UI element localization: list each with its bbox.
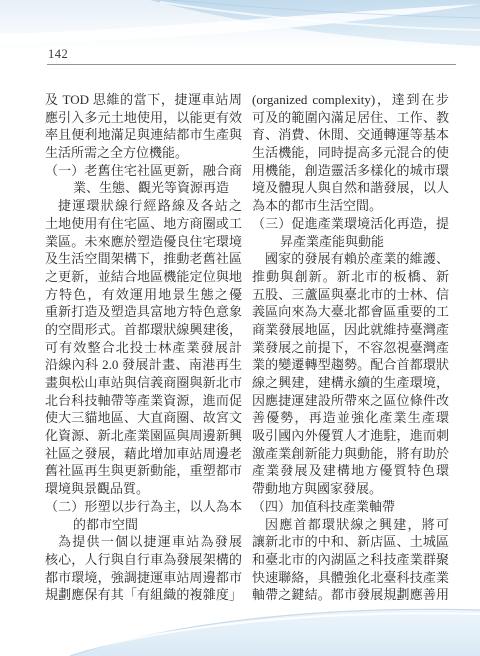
text-line: 的都市空間 — [45, 516, 242, 534]
page-number: 142 — [48, 47, 68, 62]
text-line: 因應捷運建設所帶來之區位條件改 — [252, 392, 449, 410]
text-line: 社區之發展，藉此增加車站周邊老 — [45, 445, 242, 463]
text-line: 業、生態、觀光等資源再造 — [45, 179, 242, 197]
text-line: 使大三貓地區、大直商圈、故宮文 — [45, 409, 242, 427]
right-column: (organized complexity)，達到在步行可及的範圍內滿足居住、工… — [252, 91, 449, 604]
text-line: 讓新北市的中和、新店區、土城區 — [252, 533, 449, 551]
text-line: (organized complexity)，達到在步行 — [252, 91, 449, 109]
text-line: 規劃應保有其「有組織的複雜度」 — [45, 586, 242, 604]
text-line: 重新打造及塑造具富地方特色意象 — [45, 303, 242, 321]
text-line: 線之興建，建構永續的生產環境， — [252, 374, 449, 392]
text-line: 為提供一個以捷運車站為發展 — [45, 533, 242, 551]
text-line: 軸帶之鍵結。都市發展規劃應善用 — [252, 586, 449, 604]
text-line: 育、消費、休閒、交通轉運等基本 — [252, 126, 449, 144]
text-line: 率且便利地滿足與連結都市生產與 — [45, 126, 242, 144]
text-line: 業區。未來應於塑造優良住宅環境 — [45, 233, 242, 251]
text-line: 捷運環狀線行經路線及各站之 — [45, 197, 242, 215]
text-line: 環境與景觀品質。 — [45, 480, 242, 498]
text-line: （三）促進產業環境活化再造，提 — [252, 215, 449, 233]
text-line: （四）加值科技產業軸帶 — [252, 498, 449, 516]
text-line: 因應首都環狀線之興建，將可 — [252, 516, 449, 534]
text-line: 方特色，有效運用地景生態之優勢， — [45, 286, 242, 304]
text-line: （二）形塑以步行為主，以人為本 — [45, 498, 242, 516]
text-line: 帶動地方與國家發展。 — [252, 480, 449, 498]
text-line: 沿線內科 2.0 發展計畫、南港再生計 — [45, 356, 242, 374]
text-line: 可有效整合北投士林產業發展計畫、 — [45, 339, 242, 357]
text-columns: 及 TOD 思維的當下，捷運車站周邊應引入多元土地使用，以能更有效率且便利地滿足… — [45, 91, 449, 604]
text-line: 國家的發展有賴於產業的維護、 — [252, 250, 449, 268]
text-line: 境及體現人與自然和諧發展，以人 — [252, 179, 449, 197]
document-page: 142 及 TOD 思維的當下，捷運車站周邊應引入多元土地使用，以能更有效率且便… — [0, 0, 480, 656]
text-line: 用機能，創造靈活多樣化的城市環 — [252, 162, 449, 180]
text-line: 之更新，並結合地區機能定位與地 — [45, 268, 242, 286]
text-line: 為本的都市生活空間。 — [252, 197, 449, 215]
text-line: 快速聯絡，具體強化北臺科技產業 — [252, 569, 449, 587]
text-line: 生活機能，同時提高多元混合的使 — [252, 144, 449, 162]
text-line: 土地使用有住宅區、地方商圈或工 — [45, 215, 242, 233]
header-rule — [47, 64, 456, 65]
text-line: 應引入多元土地使用，以能更有效 — [45, 109, 242, 127]
text-line: 昇產業產能與動能 — [252, 233, 449, 251]
text-line: 北台科技軸帶等產業資源，進而促 — [45, 392, 242, 410]
left-column: 及 TOD 思維的當下，捷運車站周邊應引入多元土地使用，以能更有效率且便利地滿足… — [45, 91, 242, 604]
text-line: 化資源、新北產業園區與周邊新興 — [45, 427, 242, 445]
text-line: 和臺北市的內湖區之科技產業群聚 — [252, 551, 449, 569]
text-line: 及生活空間架構下，推動老舊社區 — [45, 250, 242, 268]
text-line: 的空間形式。首都環狀線興建後， — [45, 321, 242, 339]
text-line: 義區向來為大臺北都會區重要的工 — [252, 303, 449, 321]
text-line: 核心，人行與自行車為發展架構的 — [45, 551, 242, 569]
text-line: 可及的範圍內滿足居住、工作、教 — [252, 109, 449, 127]
text-line: （一）老舊住宅社區更新，融合商 — [45, 162, 242, 180]
text-line: 吸引國內外優質人才進駐，進而刺 — [252, 427, 449, 445]
bottom-wave-decoration — [0, 598, 480, 656]
top-wave-decoration — [0, 0, 480, 72]
text-line: 善優勢，再造並強化產業生產環境， — [252, 409, 449, 427]
text-line: 五股、三蘆區與臺北市的士林、信 — [252, 286, 449, 304]
text-line: 生活所需之全方位機能。 — [45, 144, 242, 162]
text-line: 業發展之前提下，不容忽視臺灣產 — [252, 339, 449, 357]
text-line: 及 TOD 思維的當下，捷運車站周邊 — [45, 91, 242, 109]
text-line: 激產業創新能力與動能，將有助於 — [252, 445, 449, 463]
text-line: 舊社區再生與更新動能，重塑都市 — [45, 462, 242, 480]
text-line: 商業發展地區，因此就維持臺灣產 — [252, 321, 449, 339]
text-line: 都市環境，強調捷運車站周邊都市 — [45, 569, 242, 587]
text-line: 產業發展及建構地方優質特色環境， — [252, 462, 449, 480]
text-line: 畫與松山車站與信義商圈與新北市 — [45, 374, 242, 392]
text-line: 業的變遷轉型趨勢。配合首都環狀 — [252, 356, 449, 374]
text-line: 推動與創新。新北市的板橋、新莊、 — [252, 268, 449, 286]
